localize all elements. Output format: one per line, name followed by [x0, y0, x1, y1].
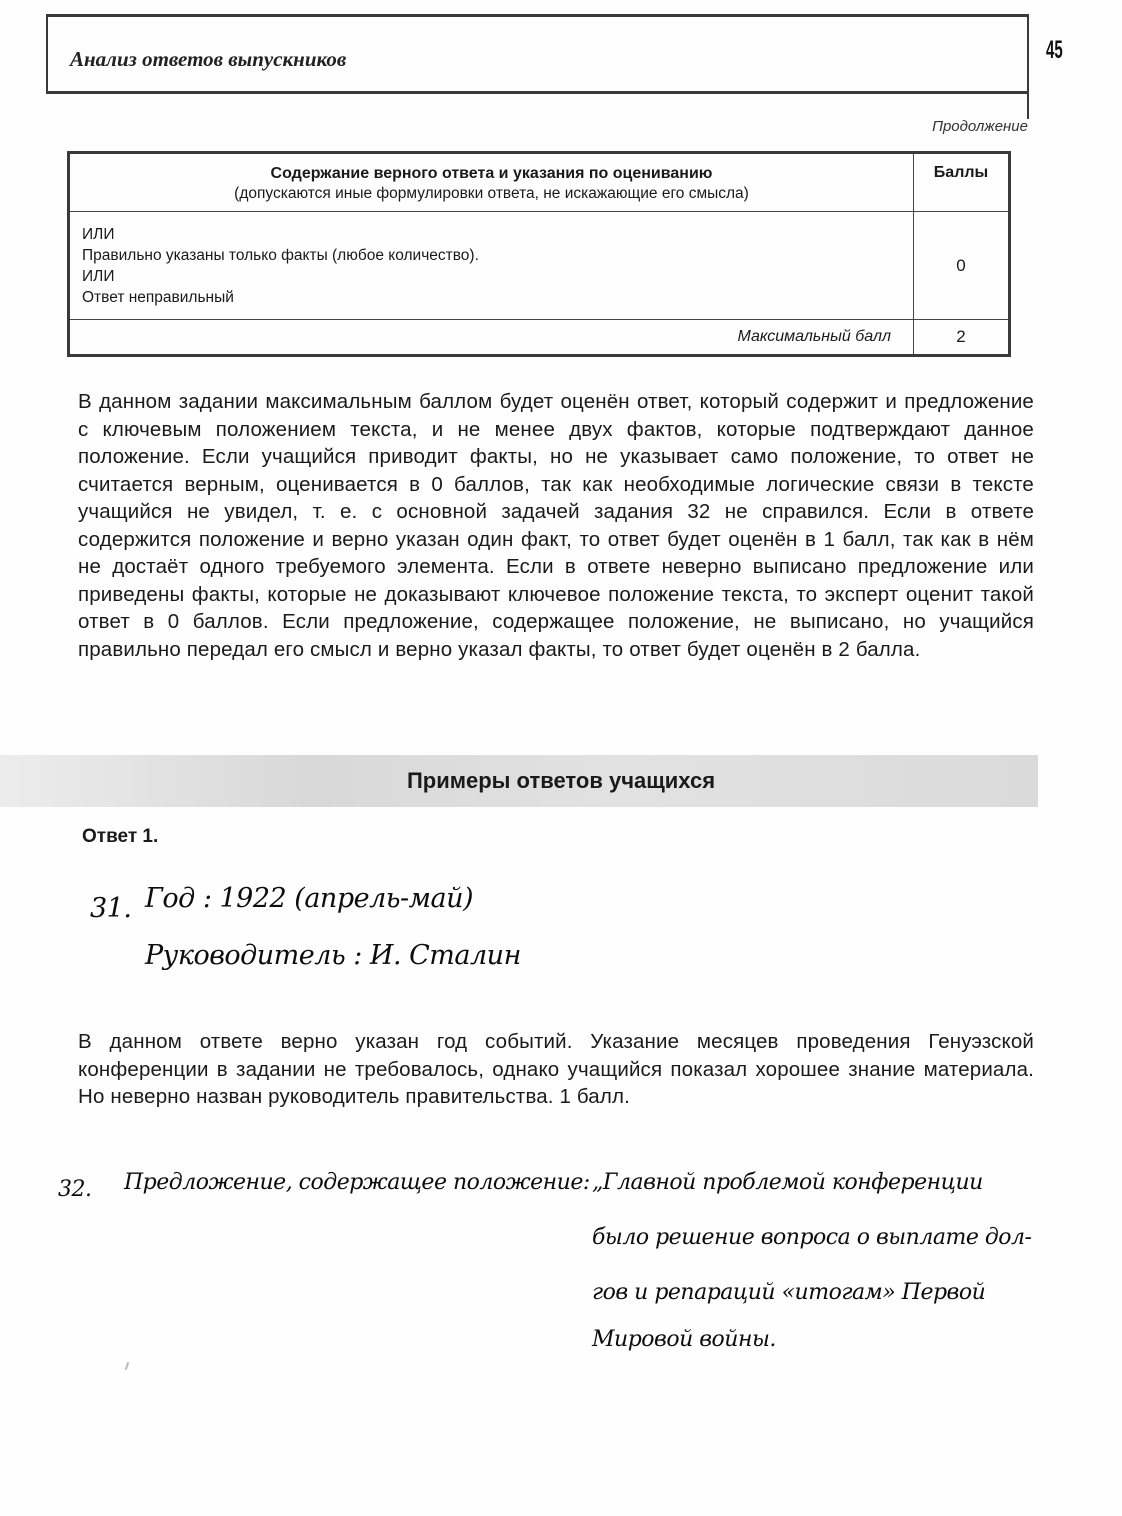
handwritten-answer-line: Год : 1922 (апрель-май): [145, 883, 473, 914]
handwritten-answer-line: было решение вопроса о выплате дол-: [592, 1225, 1031, 1250]
scan-artifact: [125, 1362, 130, 1370]
explanation-paragraph: В данном задании максимальным баллом буд…: [78, 388, 1034, 663]
handwritten-task-number: 32.: [58, 1177, 92, 1202]
content-column-header: Содержание верного ответа и указания по …: [69, 153, 914, 212]
header-divider: [1027, 14, 1029, 119]
handwritten-task-number: 31.: [90, 893, 131, 924]
content-header-main: Содержание верного ответа и указания по …: [80, 163, 903, 184]
handwritten-answer-line: Руководитель : И. Сталин: [145, 940, 521, 971]
criteria-line: Правильно указаны только факты (любое ко…: [82, 245, 901, 266]
section-title: Примеры ответов учащихся: [0, 768, 1122, 794]
scoring-table: Содержание верного ответа и указания по …: [67, 151, 1011, 357]
criteria-line: Ответ неправильный: [82, 287, 901, 308]
running-title: Анализ ответов выпускников: [70, 47, 346, 72]
running-header: Анализ ответов выпускников: [46, 14, 1028, 94]
answer-label: Ответ 1.: [82, 826, 158, 848]
criteria-line: ИЛИ: [82, 266, 901, 287]
handwritten-answer-line: „Главной проблемой конференции: [592, 1170, 983, 1195]
page-number: 45: [1046, 36, 1063, 65]
criteria-line: ИЛИ: [82, 224, 901, 245]
content-header-sub: (допускаются иные формулировки ответа, н…: [80, 184, 903, 203]
table-header-row: Содержание верного ответа и указания по …: [69, 153, 1010, 212]
max-score-label: Максимальный балл: [69, 320, 914, 356]
max-score-value: 2: [914, 320, 1010, 356]
handwritten-answer-line: гов и репараций «итогам» Первой: [592, 1280, 985, 1305]
handwritten-answer-line: Мировой войны.: [592, 1327, 776, 1352]
table-continuation-label: Продолжение: [932, 118, 1028, 135]
handwritten-answer-intro: Предложение, содержащее положение:: [124, 1170, 590, 1195]
answer-commentary: В данном ответе верно указан год событий…: [78, 1028, 1034, 1111]
max-score-row: Максимальный балл 2: [69, 320, 1010, 356]
score-cell: 0: [914, 212, 1010, 320]
score-column-header: Баллы: [914, 153, 1010, 212]
criteria-cell: ИЛИ Правильно указаны только факты (любо…: [69, 212, 914, 320]
table-row: ИЛИ Правильно указаны только факты (любо…: [69, 212, 1010, 320]
